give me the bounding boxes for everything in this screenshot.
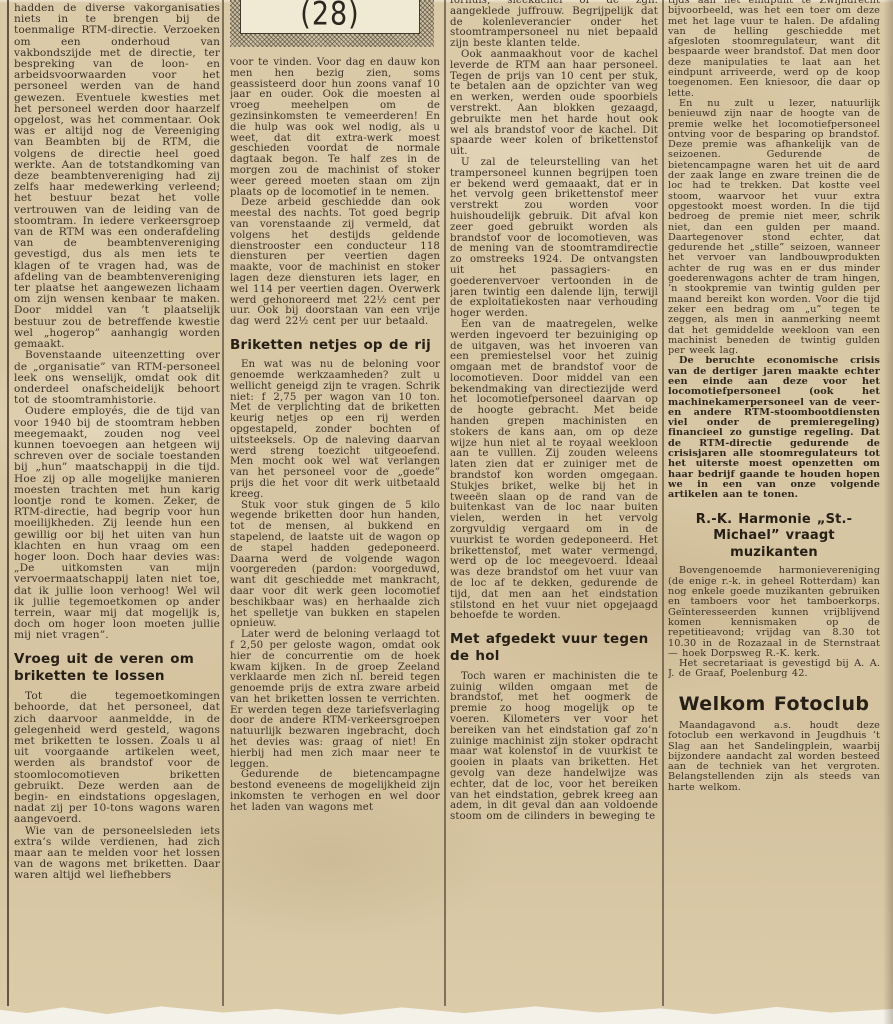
section-heading-harmonie-st-michael: R.-K. Harmonie „St.-Michael” vraagt muzi…: [668, 512, 880, 562]
episode-number-frame: (28): [240, 0, 420, 34]
column-rule-3-4: [662, 0, 664, 1006]
paragraph: tijds aan het eindpunt te Zwijndrecht bi…: [668, 0, 880, 99]
scan-right-edge: [883, 0, 893, 1024]
section-heading-vroeg-uit-de-veren: Vroeg uit de veren om briketten te losse…: [14, 651, 220, 686]
paragraph: En nu zult u lezer, natuurlijk benieuwd …: [668, 99, 880, 356]
paragraph: En wat was nu de beloning voor genoemde …: [230, 360, 440, 500]
paragraph: Maandagavond a.s. houdt deze fotoclub ee…: [668, 721, 880, 793]
paragraph: Stuk voor stuk gingen de 5 kilo wegende …: [230, 501, 440, 631]
paragraph: fornuis, sleekachel of de zgn. aangekled…: [450, 0, 658, 50]
paragraph: Een van de maatregelen, welke werden ing…: [450, 320, 658, 622]
paragraph: Oudere employés, die de tijd van voor 19…: [14, 406, 220, 641]
column-rule-left: [7, 0, 9, 1006]
paragraph: Ook aanmaakhout voor de kachel leverde d…: [450, 50, 658, 158]
paragraph: Wie van de personeelsleden iets extra’s …: [14, 826, 220, 882]
column-rule-1-2: [222, 0, 224, 1006]
section-heading-briketten-netjes: Briketten netjes op de rij: [230, 337, 440, 354]
episode-number-badge: (28): [230, 0, 434, 47]
paragraph: voor te vinden. Voor dag en dauw kon men…: [230, 58, 440, 198]
column-rule-2-3: [444, 0, 446, 1006]
paragraph: U zal de teleurstelling van het trampers…: [450, 158, 658, 320]
paragraph: Bovengenoemde harmonievereniging (de eni…: [668, 566, 880, 659]
episode-number: (28): [300, 9, 359, 22]
paragraph: Later werd de beloning verlaagd tot f 2,…: [230, 630, 440, 770]
paragraph: Het secretariaat is gevestigd bij A. A. …: [668, 659, 880, 680]
paragraph: Deze arbeid geschiedde dan ook meestal d…: [230, 198, 440, 328]
column-3: fornuis, sleekachel of de zgn. aangekled…: [450, 0, 658, 1008]
paragraph: Gedurende de bietencampagne bestond even…: [230, 770, 440, 813]
section-heading-met-afgedekt-vuur: Met afgedekt vuur tegen de hol: [450, 631, 658, 666]
column-2: (28) voor te vinden. Voor dag en dauw ko…: [230, 0, 440, 1008]
column-1: hadden de diverse vakorganisaties niets …: [14, 3, 220, 1007]
paragraph: Bovenstaande uiteenzetting over de „orga…: [14, 350, 220, 406]
section-heading-welkom-fotoclub: Welkom Fotoclub: [668, 692, 880, 716]
paragraph: De beruchte economische crisis van de de…: [668, 356, 880, 500]
paragraph: Toch waren er machinisten die te zuinig …: [450, 672, 658, 823]
paragraph: Tot die tegemoetkomingen behoorde, dat h…: [14, 691, 220, 825]
column-4: tijds aan het eindpunt te Zwijndrecht bi…: [668, 0, 880, 1008]
paragraph: hadden de diverse vakorganisaties niets …: [14, 3, 220, 350]
newspaper-clipping: hadden de diverse vakorganisaties niets …: [0, 0, 893, 1024]
